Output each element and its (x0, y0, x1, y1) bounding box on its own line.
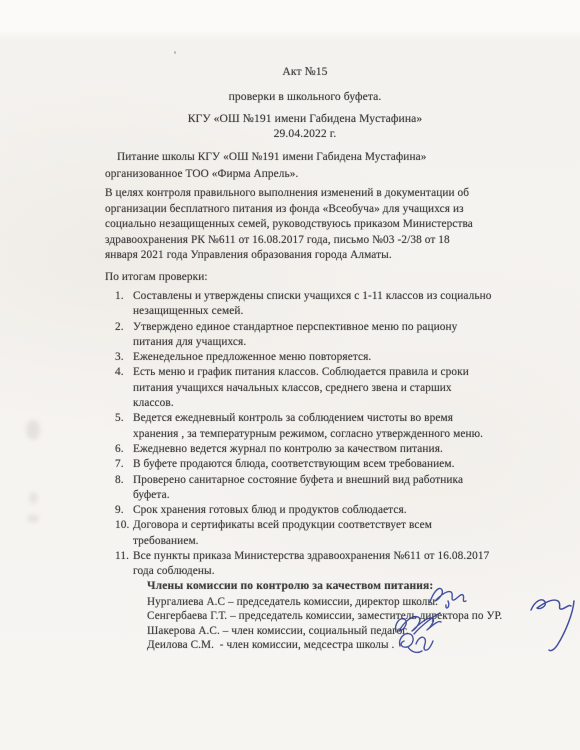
finding-item: 6.Ежедневно ведется журнал по контролю з… (115, 442, 513, 457)
commission-member: Деилова С.М. - член комиссии, медсестра … (147, 638, 567, 652)
finding-item: 9.Срок хранения готовых блюд и продуктов… (115, 503, 513, 518)
finding-text: Договора и сертификаты всей продукции со… (133, 518, 513, 549)
scanned-document-page: Акт №15 проверки в школьного буфета. КГУ… (0, 0, 580, 750)
finding-item: 2.Утверждено единое стандартное перспект… (115, 320, 513, 351)
findings-list: 1.Составлены и утверждены списки учащихс… (115, 289, 513, 580)
intro-line-2: организованное ТОО «Фирма Апрель». (105, 166, 485, 183)
intro-paragraph: Питание школы КГУ «ОШ №191 имени Габиден… (105, 149, 485, 183)
finding-number: 10. (115, 518, 133, 549)
finding-number: 6. (115, 442, 133, 457)
intro-line-1: Питание школы КГУ «ОШ №191 имени Габиден… (105, 149, 485, 166)
finding-item: 3.Еженедельное предложенное меню повторя… (115, 350, 513, 365)
finding-item: 11.Все пункты приказа Министерства здрав… (115, 549, 513, 580)
finding-number: 11. (115, 549, 133, 580)
scan-speck (174, 51, 176, 54)
finding-number: 8. (115, 473, 133, 504)
finding-number: 2. (115, 320, 133, 351)
finding-number: 3. (115, 350, 133, 365)
scan-smudge (26, 420, 40, 440)
finding-text: Ведется ежедневный контроль за соблюдени… (133, 411, 513, 442)
finding-text: В буфете продаются блюда, соответствующи… (133, 457, 513, 472)
finding-item: 1.Составлены и утверждены списки учащихс… (115, 289, 513, 320)
commission-member: Сенгербаева Г.Т. – председатель комиссии… (147, 609, 567, 623)
finding-number: 5. (115, 411, 133, 442)
finding-item: 4.Есть меню и график питания классов. Со… (115, 365, 513, 411)
commission-member: Шакерова А.С. – член комиссии, социальны… (147, 624, 567, 638)
act-number-title: Акт №15 (105, 64, 505, 80)
finding-item: 5.Ведется ежедневный контроль за соблюде… (115, 411, 513, 442)
finding-text: Все пункты приказа Министерства здравоох… (133, 549, 513, 580)
school-name: КГУ «ОШ №191 имени Габидена Мустафина» (105, 111, 505, 127)
commission-section: Члены комиссии по контролю за качеством … (147, 579, 567, 652)
finding-text: Ежедневно ведется журнал по контролю за … (133, 442, 513, 457)
finding-text: Утверждено единое стандартное перспектив… (133, 320, 513, 351)
commission-member: Нургалиева А.С – председатель комиссии, … (147, 595, 567, 609)
results-heading: По итогам проверки: (105, 270, 477, 286)
purpose-paragraph: В целях контроля правильного выполнения … (105, 186, 477, 264)
finding-text: Проверено санитарное состояние буфета и … (133, 473, 513, 504)
finding-item: 8.Проверено санитарное состояние буфета … (115, 473, 513, 504)
finding-number: 4. (115, 365, 133, 411)
finding-text: Составлены и утверждены списки учащихся … (133, 289, 513, 320)
finding-number: 1. (115, 289, 133, 320)
scan-smudge (29, 492, 38, 504)
act-subtitle: проверки в школьного буфета. (105, 89, 505, 105)
scan-smudge (27, 514, 39, 523)
finding-item: 7.В буфете продаются блюда, соответствую… (115, 457, 513, 472)
finding-number: 9. (115, 503, 133, 518)
finding-text: Еженедельное предложенное меню повторяет… (133, 350, 513, 365)
finding-text: Срок хранения готовых блюд и продуктов с… (133, 503, 513, 518)
finding-number: 7. (115, 457, 133, 472)
document-date: 29.04.2022 г. (105, 126, 505, 142)
finding-text: Есть меню и график питания классов. Собл… (133, 365, 513, 411)
finding-item: 10.Договора и сертификаты всей продукции… (115, 518, 513, 549)
commission-heading: Члены комиссии по контролю за качеством … (147, 579, 567, 593)
